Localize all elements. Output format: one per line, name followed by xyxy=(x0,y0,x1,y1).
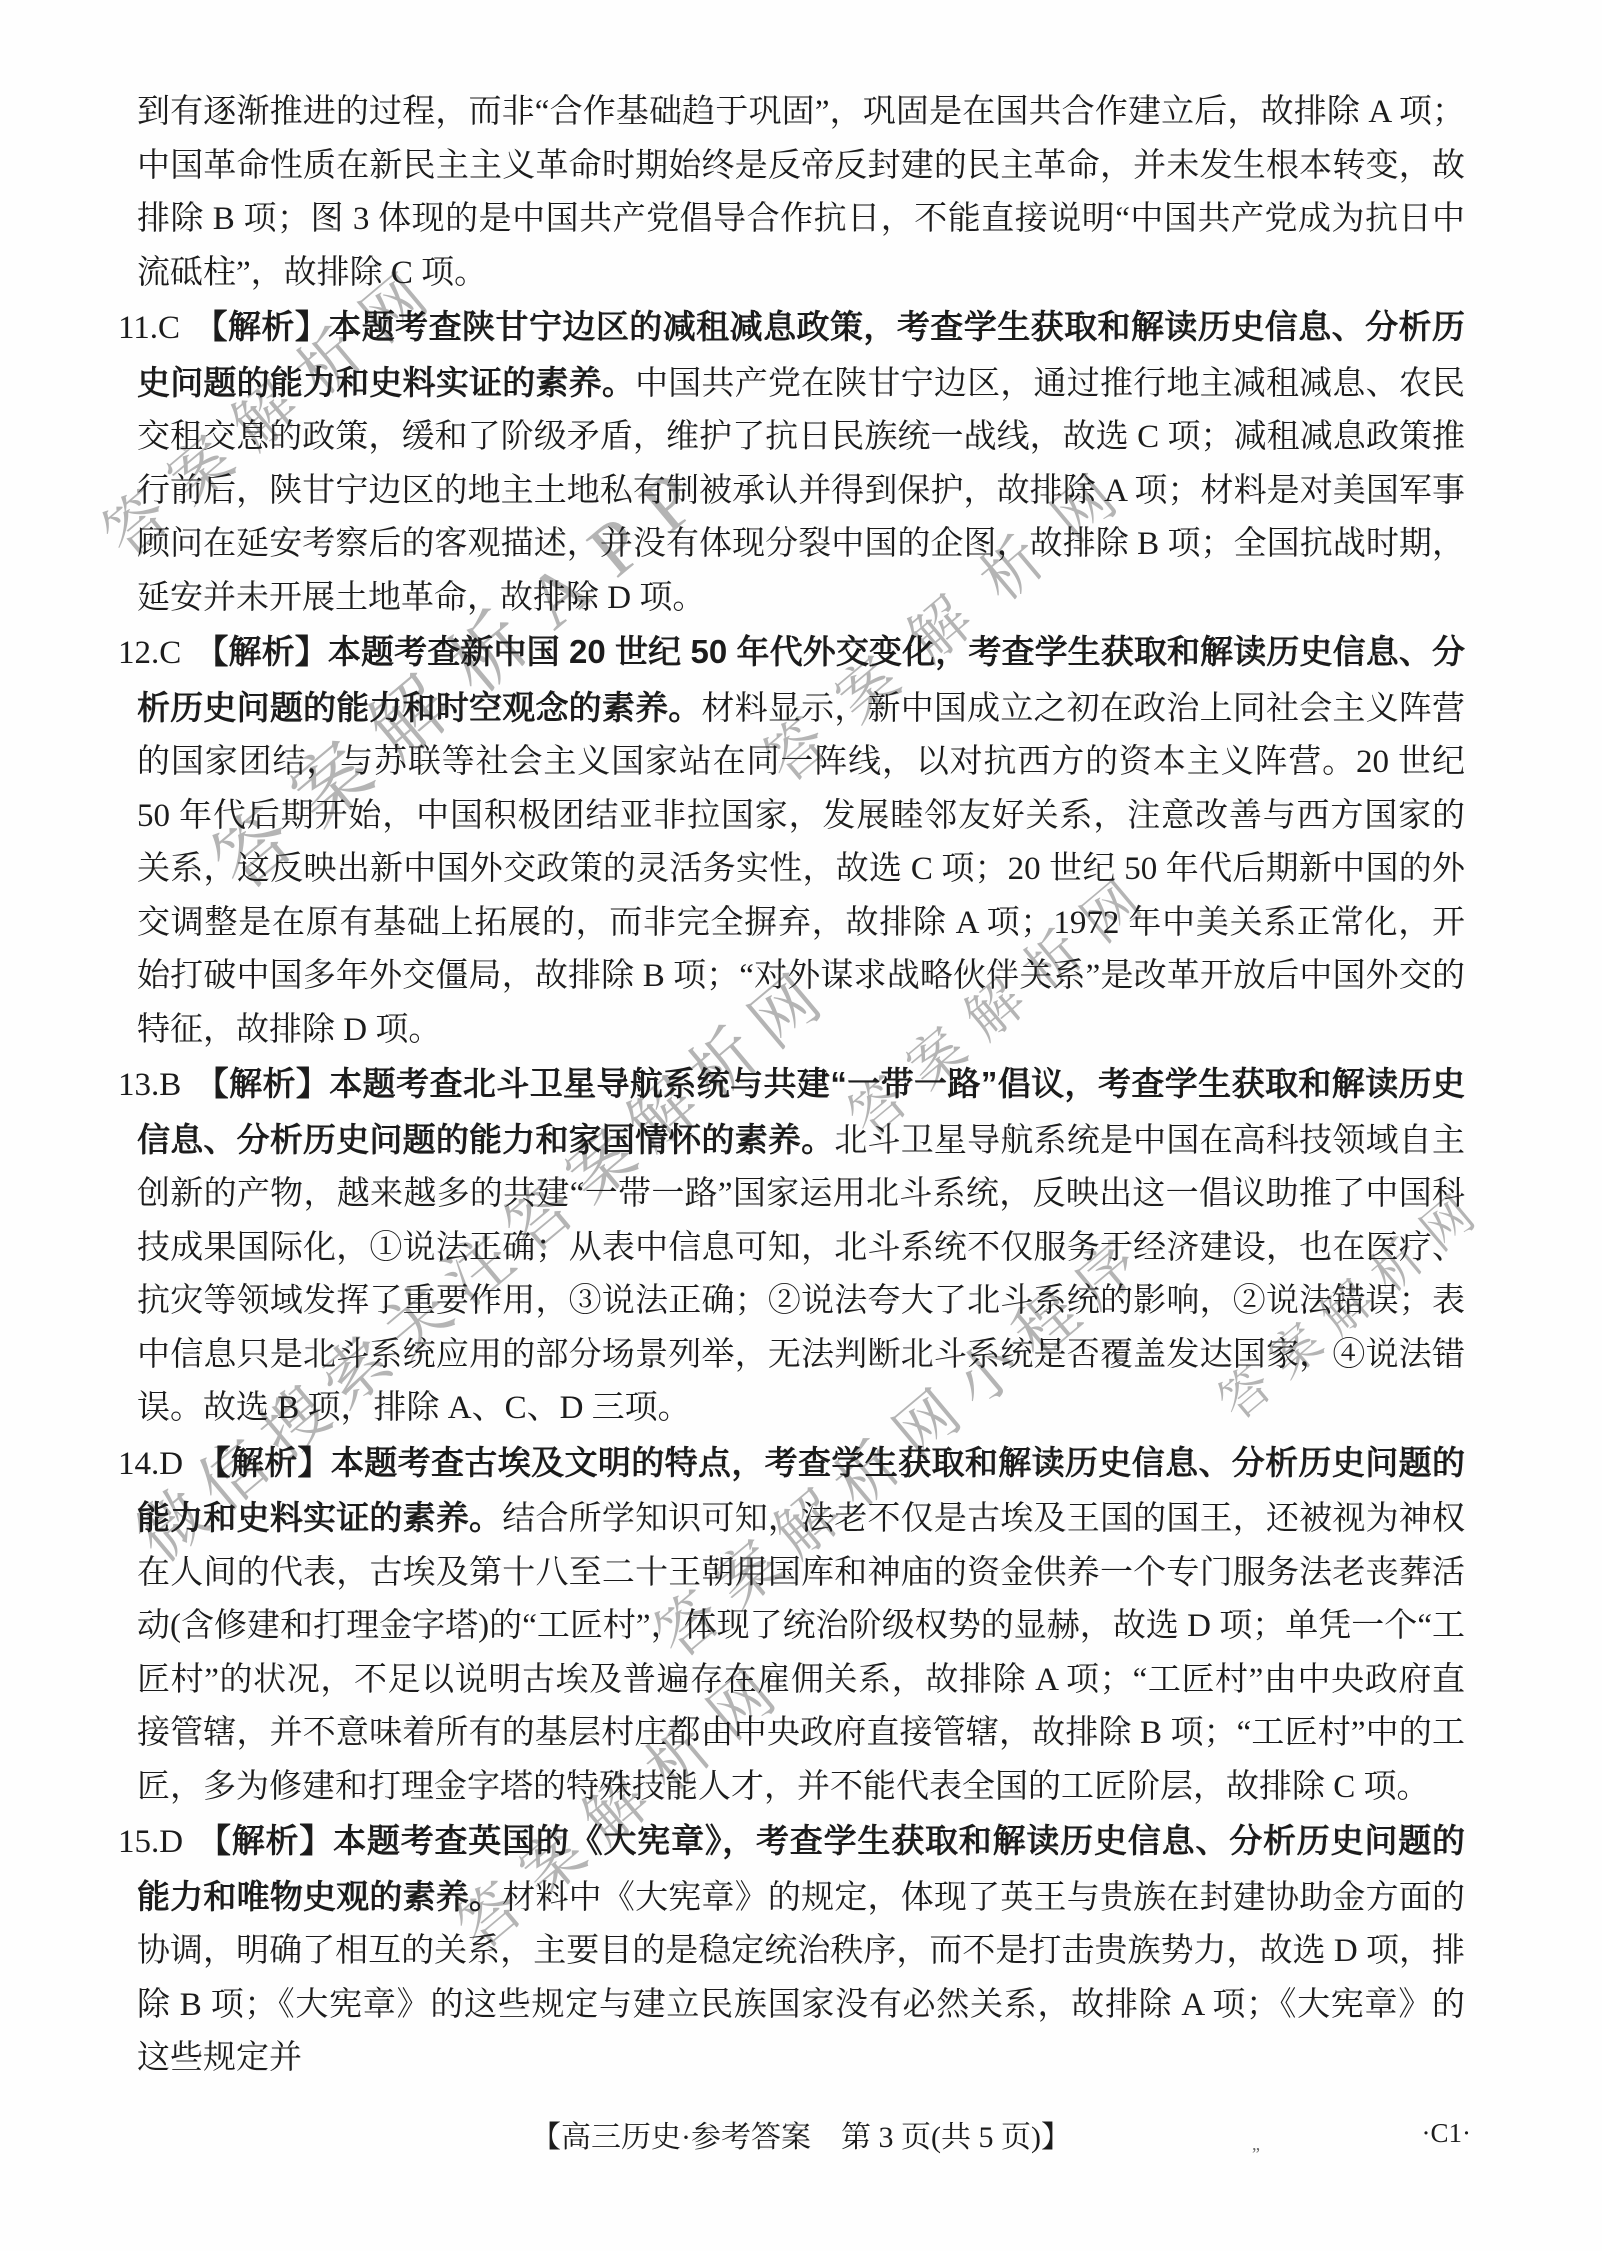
question-number: 11.C xyxy=(118,310,180,346)
paper-code: ·C1· xyxy=(1422,2118,1472,2149)
question-number: 13.B xyxy=(118,1067,181,1103)
answer-item-13: 13.B【解析】本题考查北斗卫星导航系统与共建“一带一路”倡议，考查学生获取和解… xyxy=(137,1057,1465,1436)
answer-item-11: 11.C【解析】本题考查陕甘宁边区的减租减息政策，考查学生获取和解读历史信息、分… xyxy=(137,300,1465,625)
answer-item-15: 15.D【解析】本题考查英国的《大宪章》，考查学生获取和解读历史信息、分析历史问… xyxy=(137,1814,1465,2086)
question-number: 12.C xyxy=(118,635,181,671)
analysis-body: 北斗卫星导航系统是中国在高科技领域自主创新的产物，越来越多的共建“一带一路”国家… xyxy=(137,1123,1465,1427)
page-footer: 【高三历史·参考答案 第 3 页(共 5 页)】 xyxy=(0,2112,1602,2156)
scan-artifact-mark: „ xyxy=(1252,2134,1260,2155)
answer-item-12: 12.C【解析】本题考查新中国 20 世纪 50 年代外交变化，考查学生获取和解… xyxy=(137,625,1465,1057)
paragraph-continuation: 到有逐渐推进的过程，而非“合作基础趋于巩固”，巩固是在国共合作建立后，故排除 A… xyxy=(137,86,1465,300)
answer-text-block: 到有逐渐推进的过程，而非“合作基础趋于巩固”，巩固是在国共合作建立后，故排除 A… xyxy=(0,86,1602,2086)
question-number: 15.D xyxy=(118,1824,183,1860)
analysis-body: 中国共产党在陕甘宁边区，通过推行地主减租减息、农民交租交息的政策，缓和了阶级矛盾… xyxy=(137,366,1465,616)
scanned-answer-page: 答案解析网 答案解析APP 答案解析网 答案解析网 微信搜索关注答案解析网 答案… xyxy=(0,0,1602,2251)
answer-item-14: 14.D【解析】本题考查古埃及文明的特点，考查学生获取和解读历史信息、分析历史问… xyxy=(137,1436,1465,1815)
analysis-body: 结合所学知识可知，法老不仅是古埃及王国的国王，还被视为神权在人间的代表，古埃及第… xyxy=(137,1501,1465,1805)
question-number: 14.D xyxy=(118,1446,183,1482)
analysis-body: 材料显示，新中国成立之初在政治上同社会主义阵营的国家团结，与苏联等社会主义国家站… xyxy=(137,691,1465,1048)
